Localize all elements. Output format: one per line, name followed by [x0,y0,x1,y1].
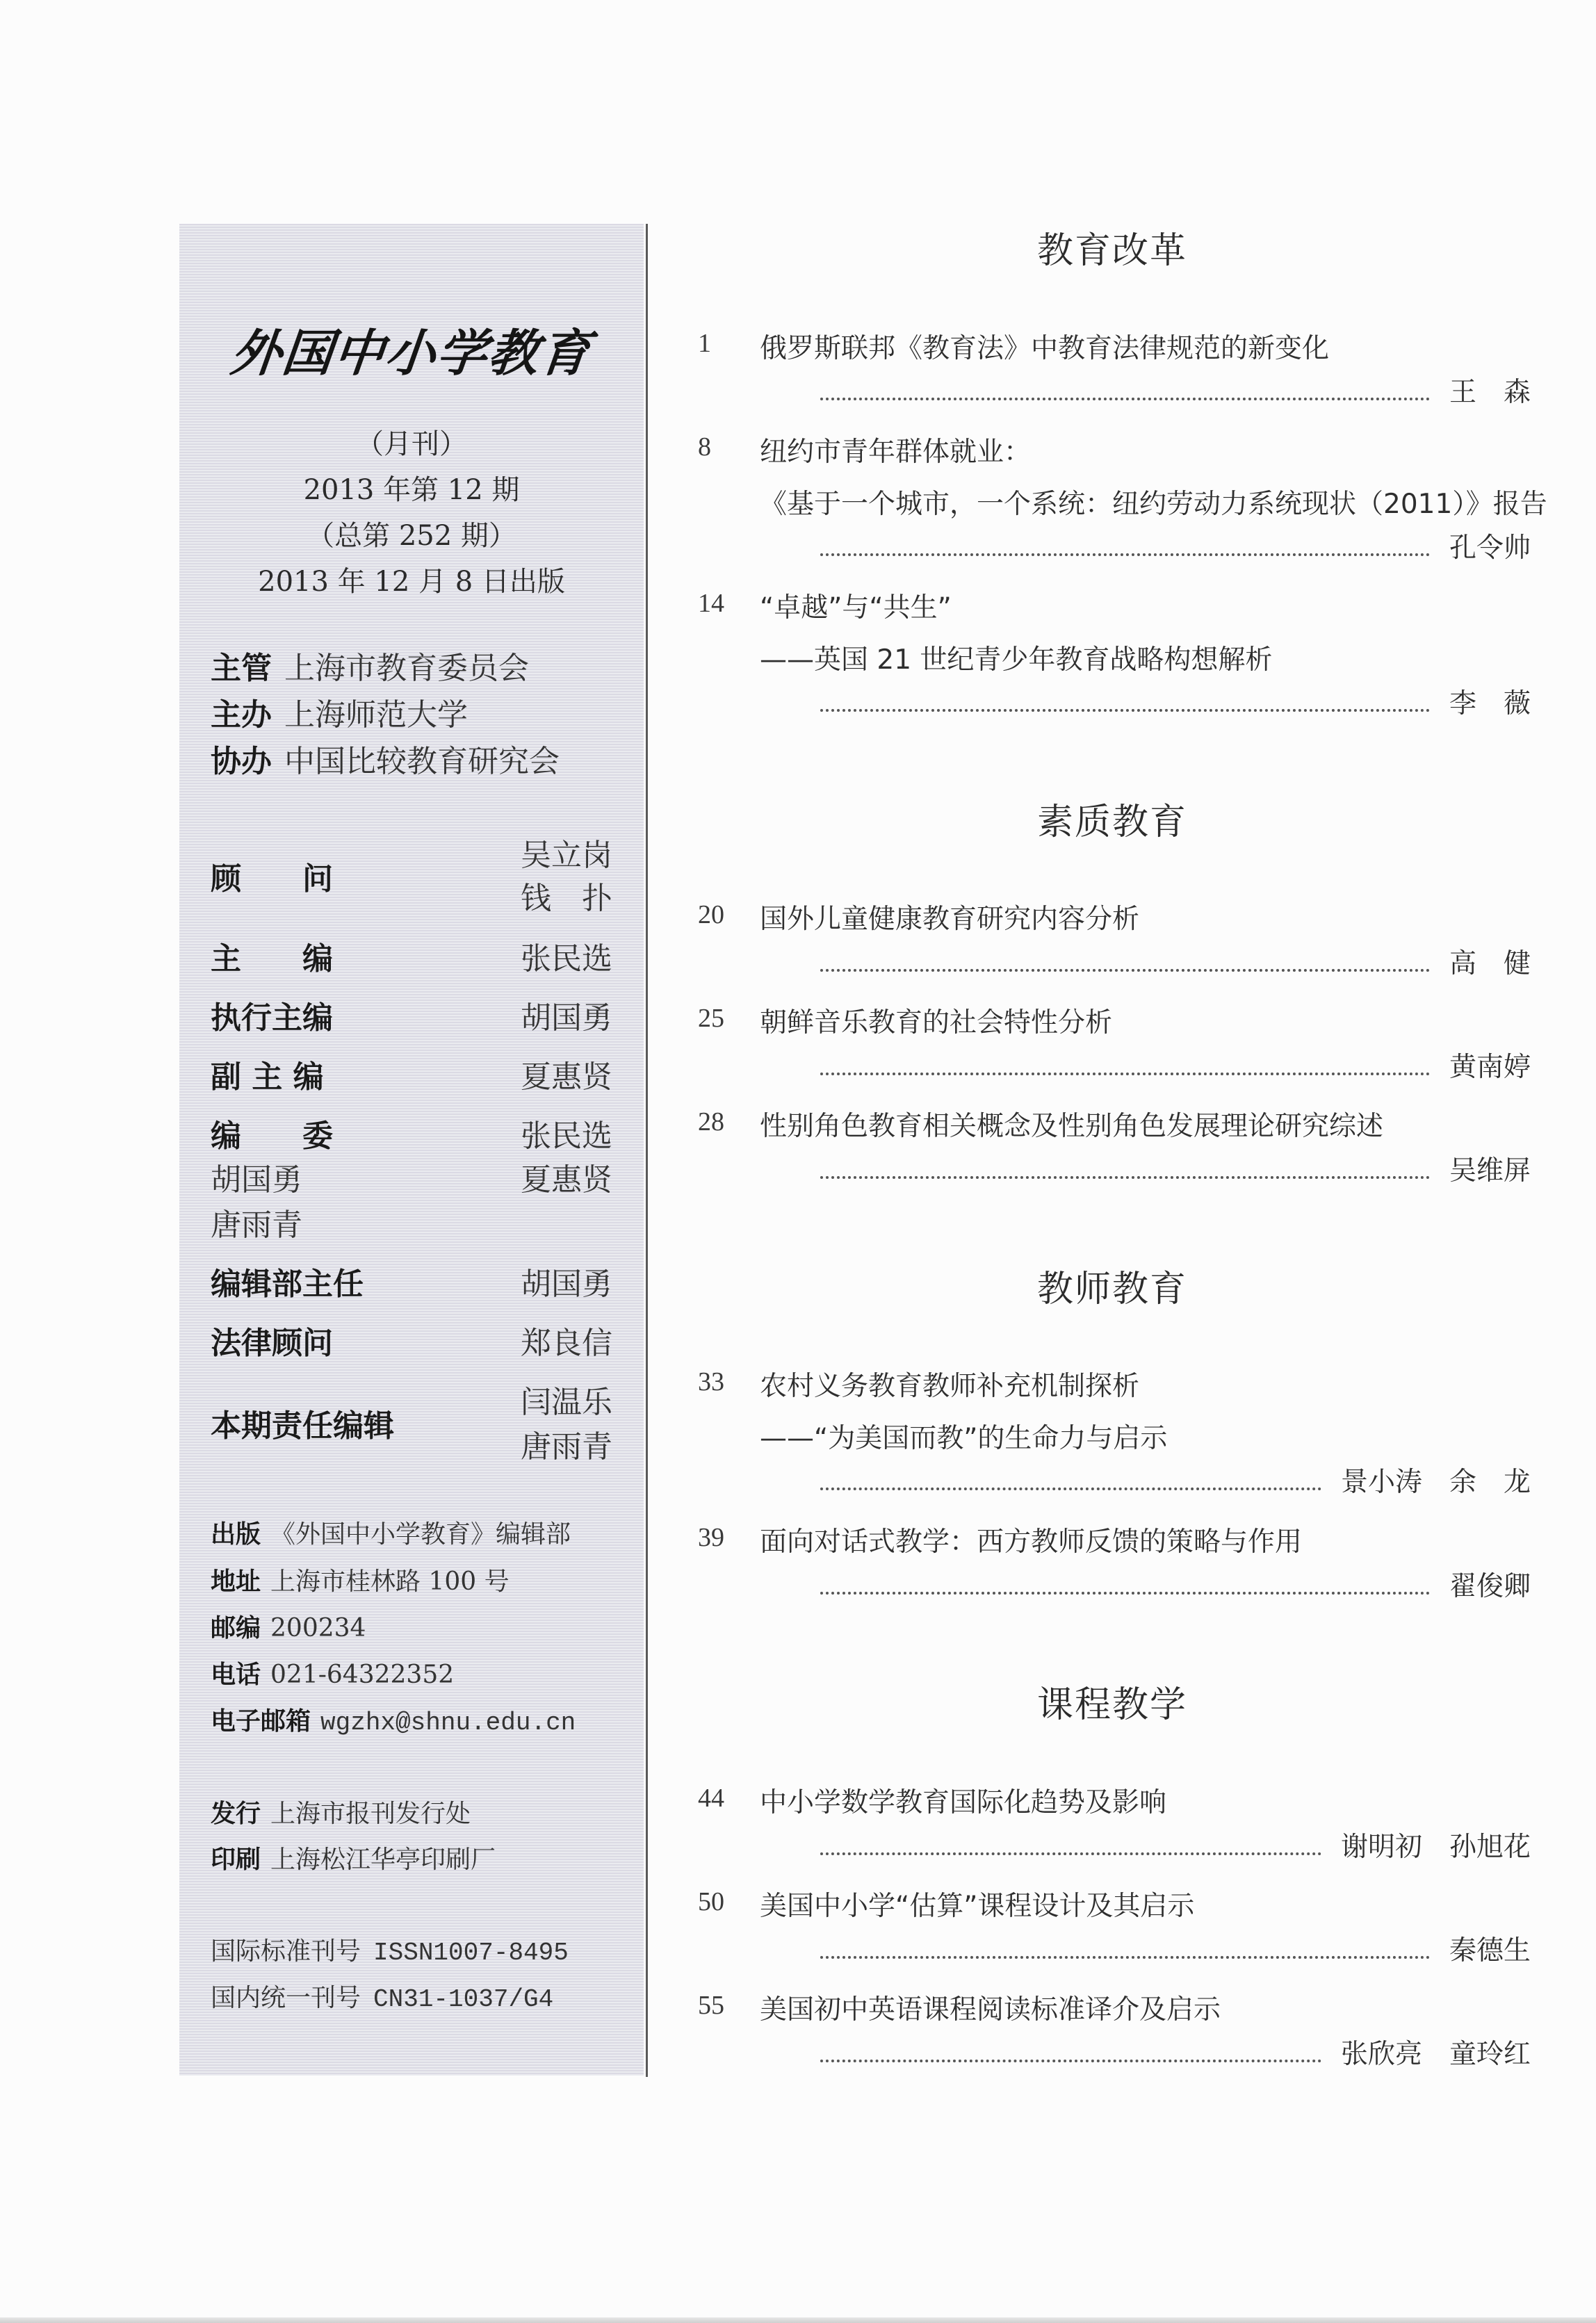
author-line: 秦德生 [820,1935,1531,1967]
dept-director-name: 胡国勇 [521,1267,612,1302]
table-of-contents: 教育改革 1 俄罗斯联邦《教育法》中教育法律规范的新变化 王 森 8 纽约市青年… [688,0,1536,2323]
contact-value: 上海市桂林路 100 号 [270,1567,510,1596]
distribution-value: 上海市报刊发行处 [270,1800,471,1828]
dot-leader [820,2060,1321,2062]
executive-editor-label: 执行主编 [211,1001,333,1036]
column-divider [646,224,648,2077]
dot-leader [820,1073,1430,1075]
board-member: 胡国勇 [211,1163,302,1198]
page-number: 50 [698,1886,724,1917]
issn-row: 国际标准刊号ISSN1007-8495 [211,1937,569,1969]
advisor-label: 顾 问 [211,862,333,897]
frequency: （月刊） [179,422,644,462]
scan-edge [0,2317,1596,2323]
page-number: 25 [698,1003,724,1034]
contact-label: 邮编 [211,1614,261,1643]
article-subtitle[interactable]: ——英国 21 世纪青少年教育战略构想解析 [760,638,1272,677]
article-authors: 景小涛 余 龙 [1341,1467,1531,1499]
executive-editor-name: 胡国勇 [521,1001,612,1036]
sponsor-host: 主办上海师范大学 [211,698,468,733]
author-line: 景小涛 余 龙 [820,1467,1531,1499]
contact-value: 《外国中小学教育》编辑部 [270,1520,571,1549]
section-title: 素质教育 [688,792,1536,845]
serial-value: ISSN1007-8495 [373,1939,569,1967]
chief-editor-name: 张民选 [521,942,612,977]
serial-label: 国际标准刊号 [211,1937,361,1966]
email-link[interactable]: wgzhx@shnu.edu.cn [320,1709,576,1737]
page-number: 1 [698,328,711,359]
publish-date: 2013 年 12 月 8 日出版 [179,560,644,599]
article-authors: 黄南婷 [1449,1052,1531,1084]
article-subtitle[interactable]: 《基于一个城市，一个系统：纽约劳动力系统现状（2011）》报告 [760,482,1547,521]
article-authors: 高 健 [1449,948,1531,980]
distribution-issuer: 发行上海市报刊发行处 [211,1799,471,1829]
dot-leader [820,553,1430,556]
sponsor-label: 主办 [211,697,272,733]
distribution-value: 上海松江华亭印刷厂 [270,1845,496,1874]
dot-leader [820,1852,1321,1855]
author-line: 翟俊卿 [820,1571,1531,1603]
article-title[interactable]: 性别角色教育相关概念及性别角色发展理论研究综述 [760,1105,1383,1143]
page-number: 33 [698,1367,724,1397]
board-label: 编 委 [211,1119,333,1154]
author-line: 谢明初 孙旭花 [820,1832,1531,1864]
article-title[interactable]: “卓越”与“共生” [760,586,952,625]
article-authors: 翟俊卿 [1449,1571,1531,1603]
author-line: 高 健 [820,948,1531,980]
article-authors: 吴维屏 [1449,1155,1531,1187]
journal-logo: 外国中小学教育 [176,313,648,385]
serial-label: 国内统一刊号 [211,1984,361,2012]
author-line: 李 薇 [820,688,1531,720]
dot-leader [820,1956,1430,1959]
contact-publisher: 出版《外国中小学教育》编辑部 [211,1519,571,1550]
board-member: 夏惠贤 [521,1163,612,1198]
contact-label: 出版 [211,1520,261,1549]
page-number: 55 [698,1990,724,2021]
page-number: 20 [698,899,724,930]
sponsor-value: 上海师范大学 [284,697,468,733]
contact-label: 电子邮箱 [211,1707,311,1736]
page-number: 8 [698,432,711,462]
issue-editor-name: 闫温乐 [521,1385,612,1420]
legal-advisor-label: 法律顾问 [211,1326,333,1361]
article-authors: 李 薇 [1449,688,1531,720]
contact-label: 地址 [211,1567,261,1596]
issue-editors-label: 本期责任编辑 [211,1409,394,1444]
article-title[interactable]: 俄罗斯联邦《教育法》中教育法律规范的新变化 [760,327,1329,366]
author-line: 黄南婷 [820,1052,1531,1084]
dept-director-label: 编辑部主任 [211,1267,364,1302]
issue-number: 2013 年第 12 期 [179,468,644,507]
sponsor-label: 主管 [211,651,272,686]
contact-address: 地址上海市桂林路 100 号 [211,1567,510,1597]
distribution-label: 发行 [211,1800,261,1828]
dot-leader [820,398,1430,400]
contact-label: 电话 [211,1661,261,1689]
sponsor-value: 中国比较教育研究会 [284,744,560,779]
dot-leader [820,709,1430,712]
sponsor-co-host: 协办中国比较教育研究会 [211,744,560,779]
legal-advisor-name: 郑良信 [521,1326,612,1361]
dot-leader [820,1487,1321,1490]
sponsor-supervisor: 主管上海市教育委员会 [211,651,529,686]
advisor-name: 钱 扑 [521,881,612,916]
dot-leader [820,1176,1430,1179]
serial-value: CN31-1037/G4 [373,1985,553,2014]
contact-value: 021-64322352 [270,1661,454,1689]
deputy-editor-name: 夏惠贤 [521,1060,612,1095]
article-title[interactable]: 朝鲜音乐教育的社会特性分析 [760,1001,1112,1040]
article-title[interactable]: 美国中小学“估算”课程设计及其启示 [760,1884,1194,1923]
article-authors: 孔令帅 [1449,532,1531,564]
deputy-editor-label: 副 主 编 [211,1060,324,1095]
chief-editor-label: 主 编 [211,942,333,977]
page-number: 28 [698,1107,724,1137]
sponsor-value: 上海市教育委员会 [284,651,529,686]
author-line: 孔令帅 [820,532,1531,564]
contact-phone: 电话021-64322352 [211,1660,454,1690]
article-title[interactable]: 国外儿童健康教育研究内容分析 [760,897,1139,936]
page-number: 44 [698,1783,724,1813]
article-title[interactable]: 农村义务教育教师补充机制探析 [760,1364,1139,1403]
issue-editor-name: 唐雨青 [521,1430,612,1465]
article-authors: 秦德生 [1449,1935,1531,1967]
author-line: 张欣亮 童玲红 [820,2039,1531,2071]
distribution-label: 印刷 [211,1845,261,1874]
section-title: 教育改革 [688,221,1536,273]
dot-leader [820,1592,1430,1595]
article-title[interactable]: 中小学数学教育国际化趋势及影响 [760,1781,1166,1820]
article-subtitle[interactable]: ——“为美国而教”的生命力与启示 [760,1417,1167,1456]
contact-value: 200234 [270,1614,366,1643]
article-title[interactable]: 面向对话式教学：西方教师反馈的策略与作用 [760,1520,1302,1559]
author-line: 王 森 [820,377,1531,409]
article-title[interactable]: 美国初中英语课程阅读标准译介及启示 [760,1988,1221,2027]
cn-row: 国内统一刊号CN31-1037/G4 [211,1983,553,2015]
board-member: 张民选 [521,1119,612,1154]
distribution-printer: 印刷上海松江华亭印刷厂 [211,1845,496,1875]
sponsor-label: 协办 [211,744,272,779]
contact-postcode: 邮编200234 [211,1613,366,1644]
page-number: 39 [698,1522,724,1553]
article-authors: 谢明初 孙旭花 [1341,1832,1531,1864]
page-number: 14 [698,588,724,619]
total-issue: （总第 252 期） [179,514,644,553]
article-authors: 王 森 [1449,377,1531,409]
masthead-sidebar: 外国中小学教育 （月刊） 2013 年第 12 期 （总第 252 期） 201… [179,224,644,2076]
board-member: 唐雨青 [211,1208,302,1243]
article-authors: 张欣亮 童玲红 [1341,2039,1531,2071]
section-title: 教师教育 [688,1260,1536,1312]
contact-email: 电子邮箱wgzhx@shnu.edu.cn [211,1706,576,1738]
section-title: 课程教学 [688,1675,1536,1727]
advisor-name: 吴立岗 [521,838,612,873]
dot-leader [820,969,1430,972]
article-title[interactable]: 纽约市青年群体就业： [760,430,1031,469]
author-line: 吴维屏 [820,1155,1531,1187]
